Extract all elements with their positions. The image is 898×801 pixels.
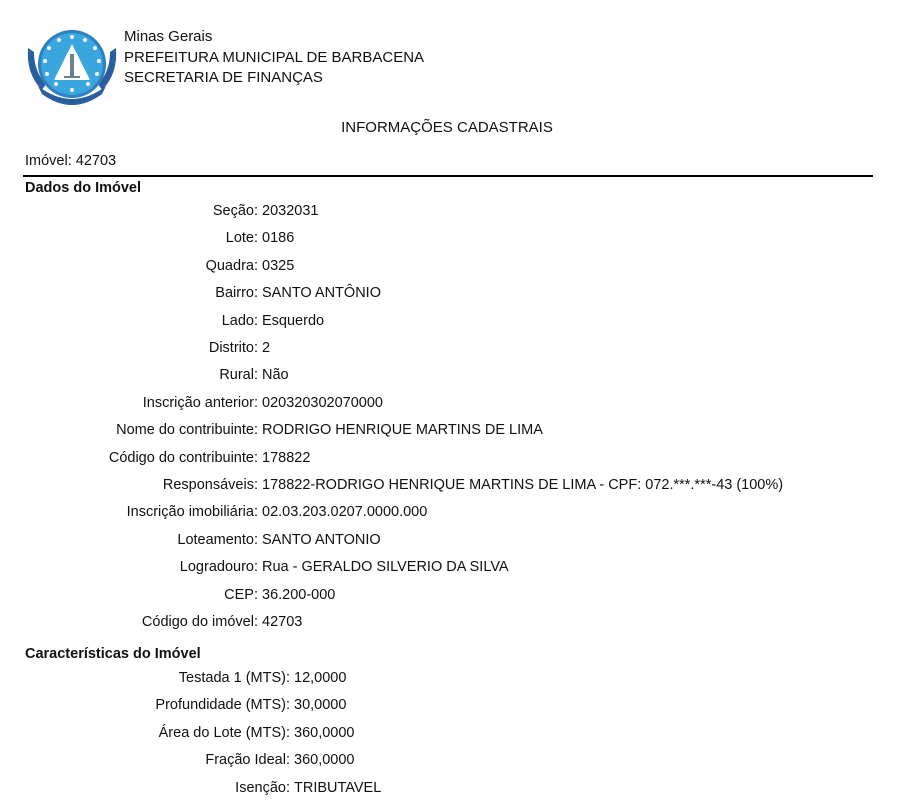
field-label: Rural: [219, 365, 258, 385]
field-value: Rua - GERALDO SILVERIO DA SILVA [262, 557, 509, 577]
imovel-id-line: Imóvel: 42703 [25, 153, 116, 169]
field-label: Responsáveis: [163, 475, 258, 495]
field-row: Seção:2032031 [0, 201, 898, 221]
state-name: Minas Gerais [124, 27, 424, 48]
field-label: Inscrição imobiliária: [127, 502, 258, 522]
field-label: Logradouro: [180, 557, 258, 577]
field-row: Inscrição imobiliária:02.03.203.0207.000… [0, 502, 898, 522]
field-value: 36.200-000 [262, 585, 335, 605]
field-label: Loteamento: [177, 530, 258, 550]
field-label: Código do imóvel: [142, 612, 258, 632]
field-value: 360,0000 [294, 723, 354, 743]
field-row: Fração Ideal:360,0000 [0, 750, 898, 770]
field-row: Quadra:0325 [0, 256, 898, 276]
field-row: Responsáveis:178822-RODRIGO HENRIQUE MAR… [0, 475, 898, 495]
field-value: 12,0000 [294, 668, 346, 688]
field-label: Nome do contribuinte: [116, 420, 258, 440]
field-label: CEP: [224, 585, 258, 605]
field-value: 42703 [262, 612, 302, 632]
field-label: Código do contribuinte: [109, 448, 258, 468]
field-row: Testada 1 (MTS):12,0000 [0, 668, 898, 688]
field-value: 020320302070000 [262, 393, 383, 413]
field-row: Código do contribuinte:178822 [0, 448, 898, 468]
field-label: Lado: [222, 311, 258, 331]
field-label: Bairro: [215, 283, 258, 303]
field-value: 2 [262, 338, 270, 358]
field-label: Inscrição anterior: [143, 393, 258, 413]
field-value: 0186 [262, 228, 294, 248]
field-row: Profundidade (MTS):30,0000 [0, 695, 898, 715]
municipality-name: PREFEITURA MUNICIPAL DE BARBACENA [124, 48, 424, 69]
field-row: Isenção:TRIBUTAVEL [0, 778, 898, 798]
field-row: Bairro:SANTO ANTÔNIO [0, 283, 898, 303]
field-label: Quadra: [206, 256, 258, 276]
field-value: 0325 [262, 256, 294, 276]
field-value: RODRIGO HENRIQUE MARTINS DE LIMA [262, 420, 543, 440]
field-label: Distrito: [209, 338, 258, 358]
field-row: Loteamento:SANTO ANTONIO [0, 530, 898, 550]
field-label: Seção: [213, 201, 258, 221]
field-label: Fração Ideal: [205, 750, 290, 770]
field-row: Logradouro:Rua - GERALDO SILVERIO DA SIL… [0, 557, 898, 577]
imovel-value: 42703 [76, 153, 116, 169]
field-value: 30,0000 [294, 695, 346, 715]
field-label: Área do Lote (MTS): [159, 723, 290, 743]
section-title-caracteristicas: Características do Imóvel [25, 646, 201, 662]
department-name: SECRETARIA DE FINANÇAS [124, 68, 424, 89]
field-label: Profundidade (MTS): [155, 695, 290, 715]
field-value: TRIBUTAVEL [294, 778, 381, 798]
field-label: Testada 1 (MTS): [179, 668, 290, 688]
field-value: SANTO ANTÔNIO [262, 283, 381, 303]
section-title-dados: Dados do Imóvel [25, 180, 141, 196]
field-value: 178822 [262, 448, 310, 468]
field-value: 360,0000 [294, 750, 354, 770]
field-label: Lote: [226, 228, 258, 248]
field-row: Rural:Não [0, 365, 898, 385]
field-value: Esquerdo [262, 311, 324, 331]
imovel-label: Imóvel: [25, 153, 72, 169]
field-value: SANTO ANTONIO [262, 530, 381, 550]
field-value: 178822-RODRIGO HENRIQUE MARTINS DE LIMA … [262, 475, 783, 495]
field-row: Lote:0186 [0, 228, 898, 248]
field-row: Nome do contribuinte:RODRIGO HENRIQUE MA… [0, 420, 898, 440]
field-value: 02.03.203.0207.0000.000 [262, 502, 427, 522]
field-row: Inscrição anterior:020320302070000 [0, 393, 898, 413]
divider [23, 175, 873, 177]
field-label: Isenção: [235, 778, 290, 798]
field-value: 2032031 [262, 201, 318, 221]
document-title: INFORMAÇÕES CADASTRAIS [0, 119, 894, 136]
municipal-logo [24, 26, 120, 106]
coat-of-arms-icon [24, 26, 120, 106]
field-row: CEP:36.200-000 [0, 585, 898, 605]
header-block: Minas Gerais PREFEITURA MUNICIPAL DE BAR… [124, 27, 424, 89]
field-row: Lado:Esquerdo [0, 311, 898, 331]
field-row: Área do Lote (MTS):360,0000 [0, 723, 898, 743]
field-row: Distrito:2 [0, 338, 898, 358]
field-value: Não [262, 365, 289, 385]
field-row: Código do imóvel:42703 [0, 612, 898, 632]
